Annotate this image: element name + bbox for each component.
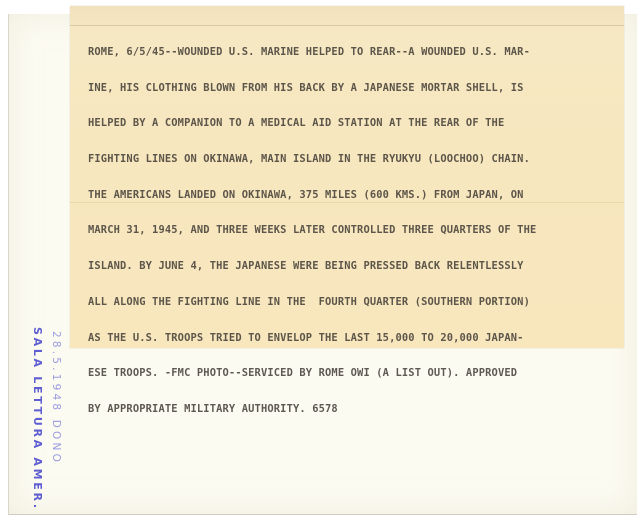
caption-line: ISLAND. BY JUNE 4, THE JAPANESE WERE BEI… [88, 261, 624, 273]
caption-line: ALL ALONG THE FIGHTING LINE IN THE FOURT… [88, 297, 624, 309]
caption-line: FIGHTING LINES ON OKINAWA, MAIN ISLAND I… [88, 154, 624, 166]
caption-line: INE, HIS CLOTHING BLOWN FROM HIS BACK BY… [88, 83, 624, 95]
stamp-library-name: SALA LETTURA AMER. [31, 327, 44, 511]
caption-slip: ROME, 6/5/45--WOUNDED U.S. MARINE HELPED… [70, 6, 624, 348]
caption-line: AS THE U.S. TROOPS TRIED TO ENVELOP THE … [88, 333, 624, 345]
caption-line: ROME, 6/5/45--WOUNDED U.S. MARINE HELPED… [88, 47, 624, 59]
caption-line: BY APPROPRIATE MILITARY AUTHORITY. 6578 [88, 404, 624, 416]
caption-line: MARCH 31, 1945, AND THREE WEEKS LATER CO… [88, 225, 624, 237]
caption-line: ESE TROOPS. -FMC PHOTO--SERVICED BY ROME… [88, 368, 624, 380]
stamp-date: 28.5.1948 DONO [50, 331, 62, 465]
caption-line: THE AMERICANS LANDED ON OKINAWA, 375 MIL… [88, 190, 624, 202]
caption-line: HELPED BY A COMPANION TO A MEDICAL AID S… [88, 118, 624, 130]
caption-text: ROME, 6/5/45--WOUNDED U.S. MARINE HELPED… [88, 23, 624, 440]
